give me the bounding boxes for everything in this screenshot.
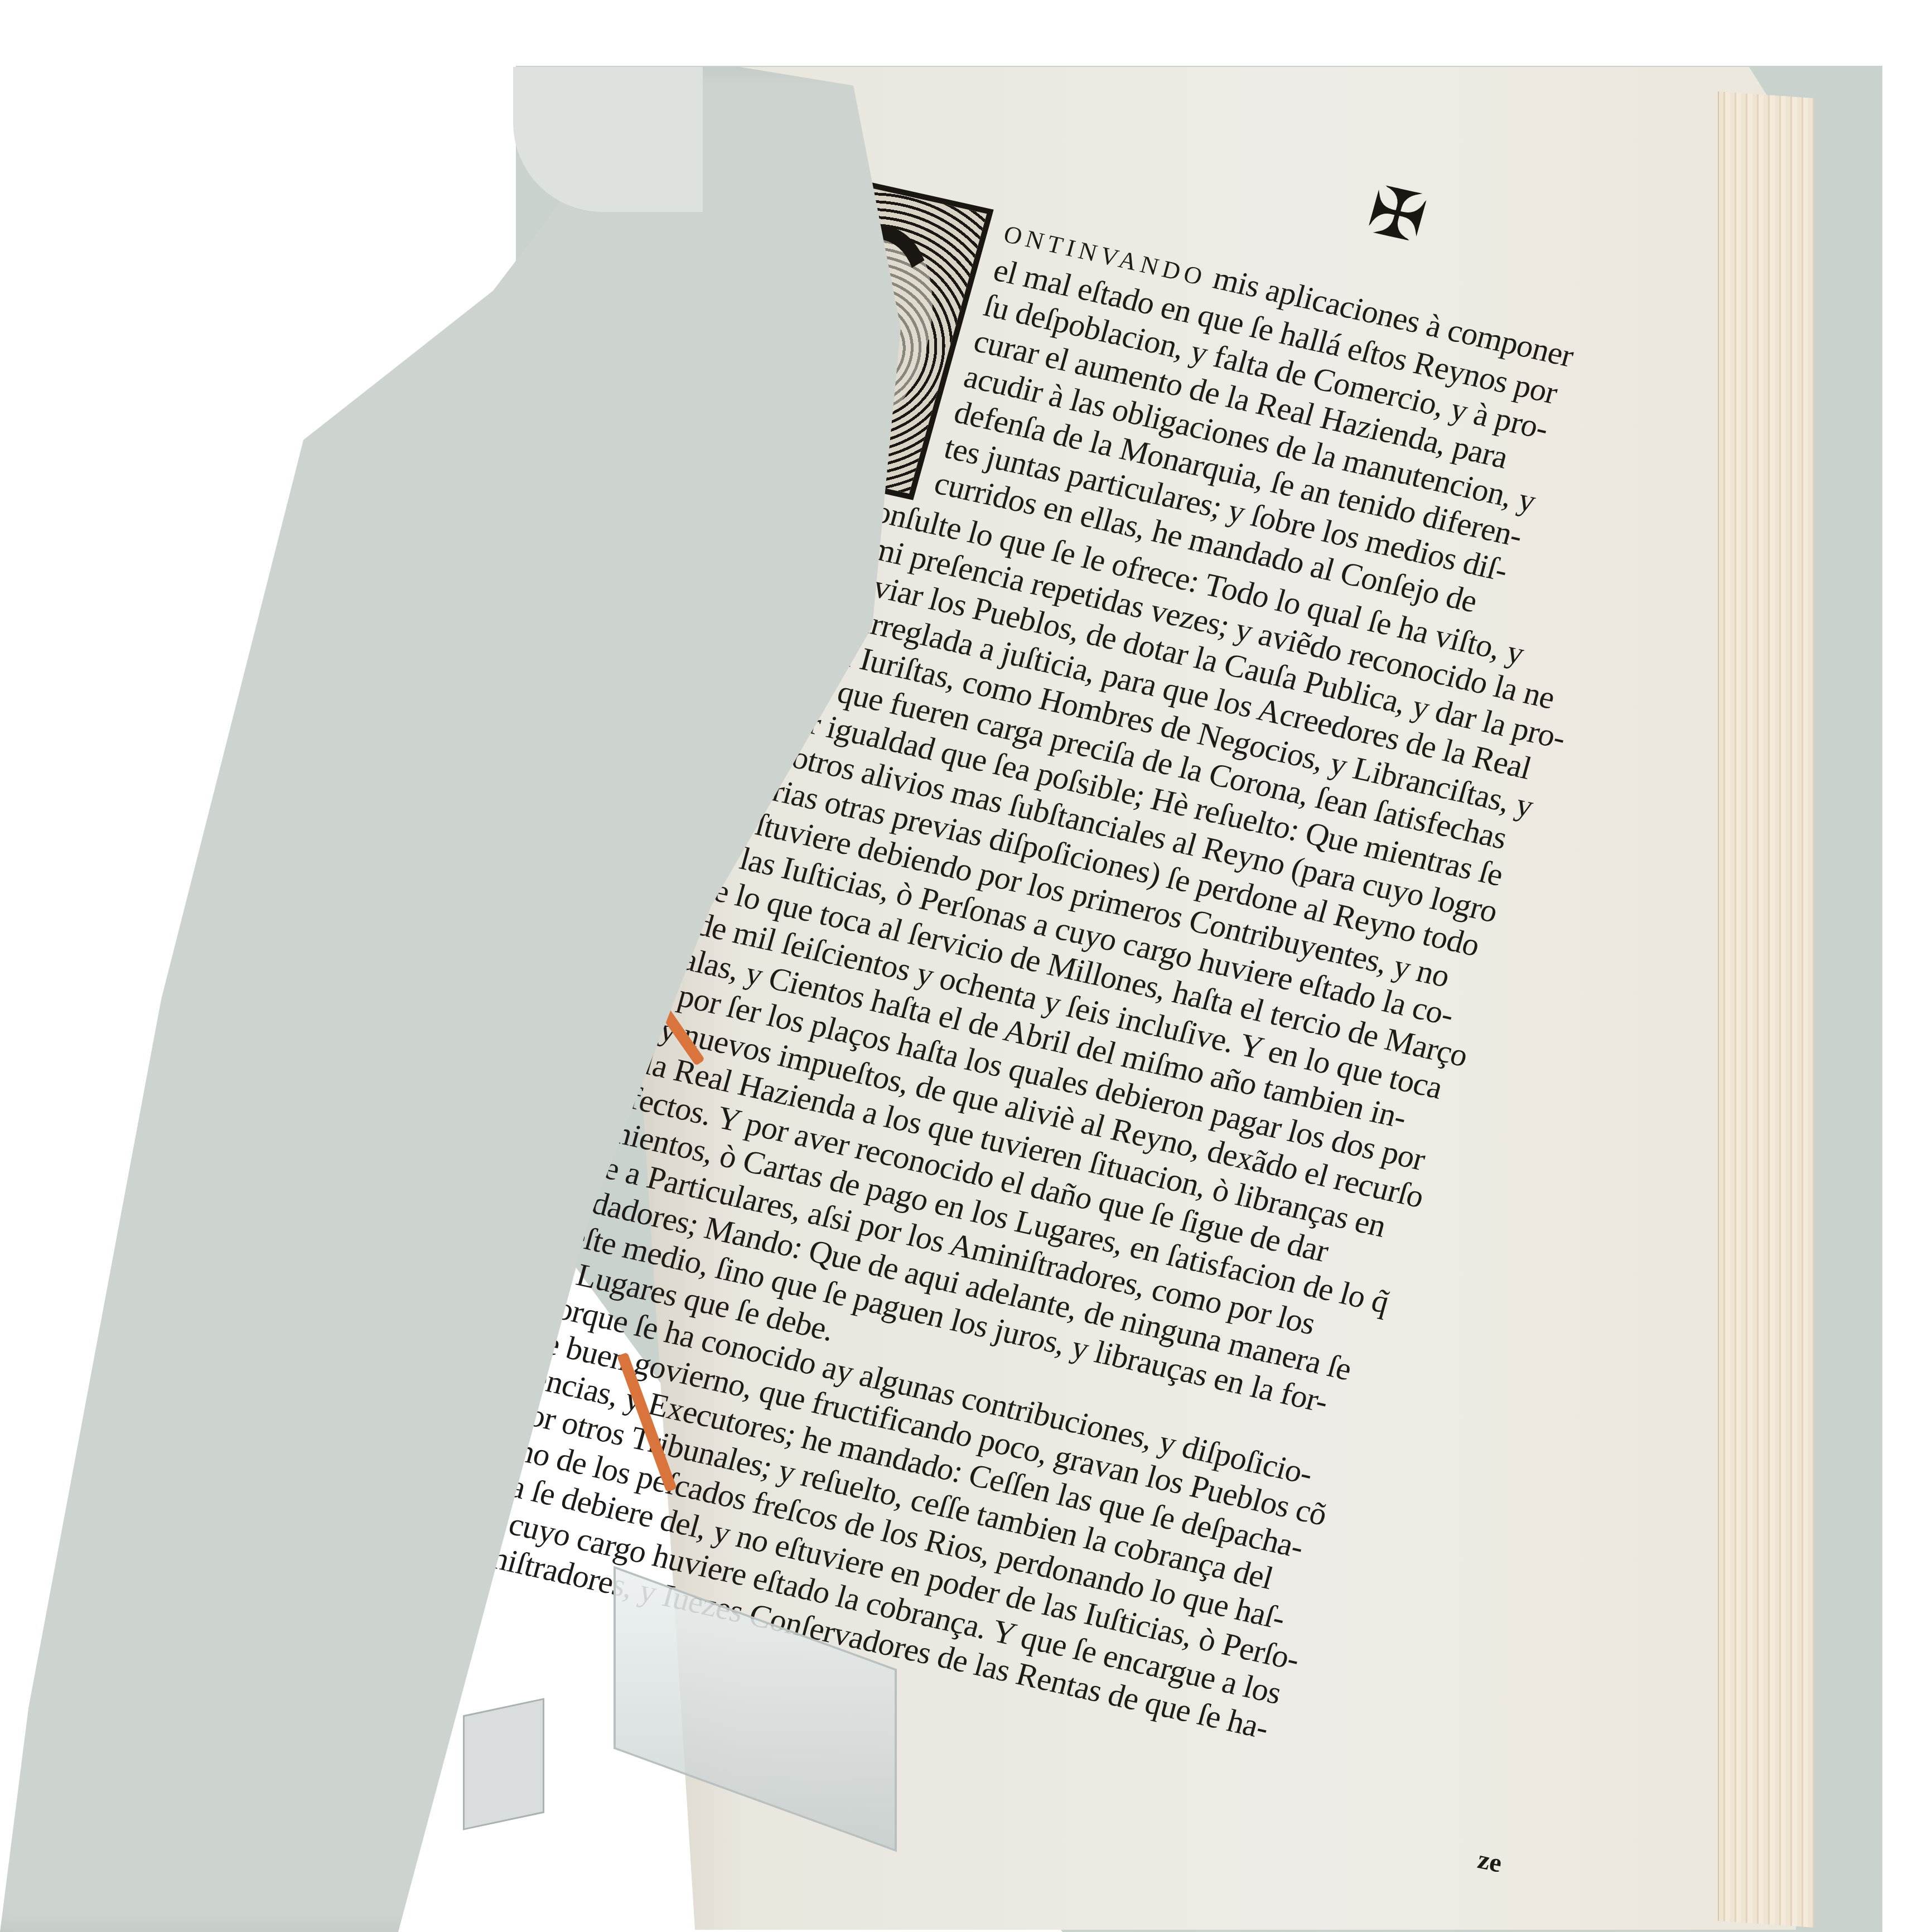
page-edges	[1718, 91, 1814, 1928]
cross-ornament-icon: ✠	[1365, 191, 1429, 239]
acrylic-stand-foot	[463, 1698, 544, 1830]
